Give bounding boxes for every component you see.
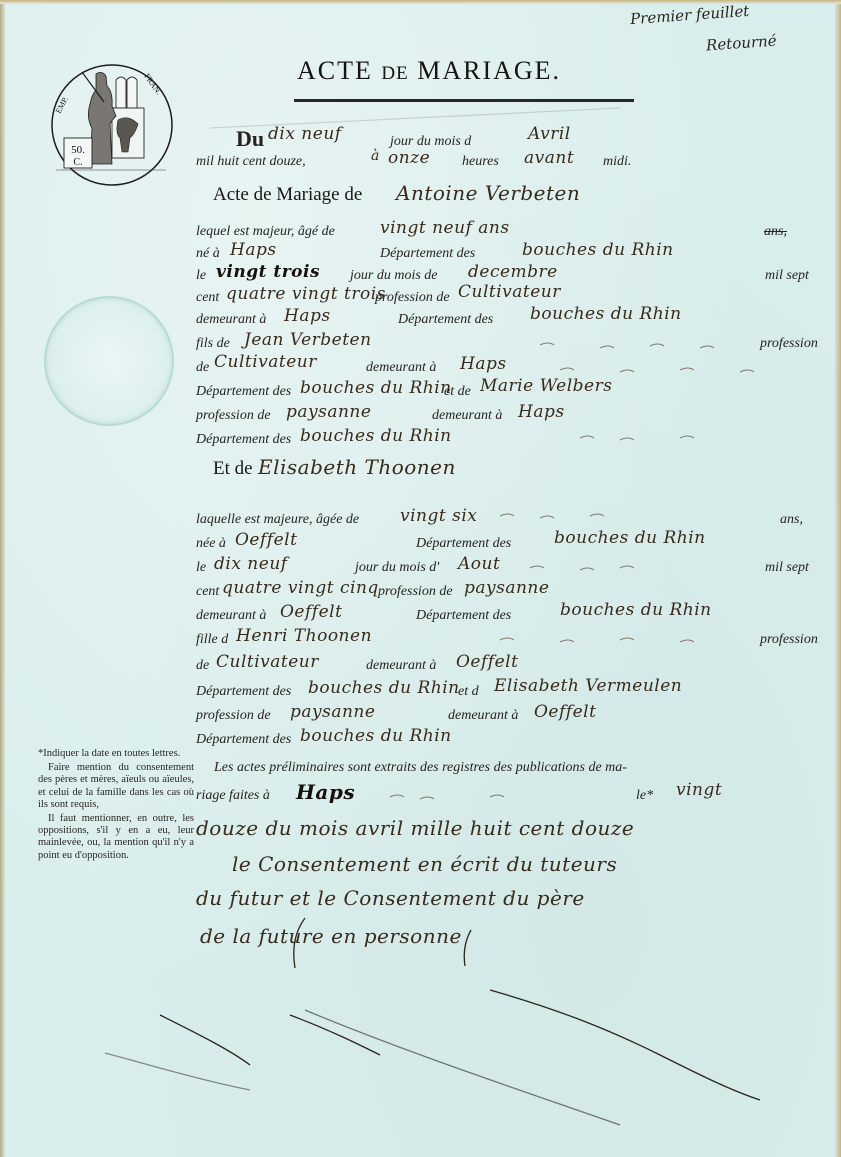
publication-date-part2: douze du mois avril mille huit cent douz… [196,816,634,840]
consent-line2: du futur et le Consentement du père [196,886,585,910]
date-line-1: Du [236,126,264,152]
page-title: ACTE DE MARIAGE. [297,56,561,86]
consent-line3: de la future en personne [200,924,462,948]
groom-birthplace-label: né à [196,246,220,262]
bride-birthplace-label: née à [196,536,226,552]
groom-residence: Haps [284,306,331,326]
groom-dept-label: Département des [380,246,475,262]
label-de: de [196,658,209,674]
groom-name: Antoine Verbeten [396,181,580,205]
ampm-value: avant [524,148,574,168]
label-jour-du-mois-de: jour du mois de [350,268,438,284]
groom-birth-year: quatre vingt trois [226,284,386,304]
bride-age-label: laquelle est majeure, âgée de [196,512,359,528]
a-value: à [371,148,380,164]
groom-mother: Marie Welbers [480,376,612,396]
label-demeurant: demeurant à [366,658,436,674]
margin-instructions: *Indiquer la date en toutes lettres. Fai… [38,748,194,864]
groom-ans-label: ans, [764,224,787,240]
bride-residence: Oeffelt [280,602,342,622]
label-mil-sept: mil sept [765,560,809,576]
label-demeurant: demeurant à [196,608,266,624]
margin-note-consent: Faire mention du consentement des pères … [38,762,194,811]
label-cent: cent [196,584,219,600]
label-fils-de: fils de [196,336,230,352]
label-profession-de: profession de [196,408,271,424]
groom-father-profession: Cultivateur [214,352,317,372]
label-profession-de: profession de [196,708,271,724]
groom-mother-profession: paysanne [286,402,371,422]
year-text: mil huit cent douze, [196,154,306,170]
publication-date-part1: vingt [676,780,722,800]
label-et-de: et de [444,384,471,400]
day-value: dix neuf [268,124,342,144]
revenue-stamp-icon: 50. C. EMP. FRAN. [46,62,178,188]
label-demeurant: demeurant à [366,360,436,376]
label-profession: profession [760,336,818,352]
groom-birth-month: decembre [468,262,558,282]
label-fille-d: fille d [196,632,228,648]
bride-father-residence: Oeffelt [456,652,518,672]
bride-mother-residence: Oeffelt [534,702,596,722]
label-heures: heures [462,154,499,170]
margin-note-date: *Indiquer la date en toutes lettres. [38,748,194,760]
annotation-top-right-1: Premier feuillet [630,2,750,28]
bride-mother: Elisabeth Vermeulen [494,676,682,696]
bride-birthplace: Oeffelt [235,530,297,550]
groom-age: vingt neuf ans [380,218,510,238]
label-et-d: et d [458,684,479,700]
bride-father: Henri Thoonen [236,626,372,646]
publications-text-line2: riage faites à [196,788,270,804]
bride-age: vingt six [400,506,477,526]
document-page: 50. C. EMP. FRAN. ACTE DE MARIAGE. Premi… [0,0,841,1157]
groom-birth-day: vingt trois [216,262,320,282]
bride-name: Elisabeth Thoonen [258,455,456,479]
bride-dept4-label: Département des [196,732,291,748]
groom-dept2-label: Département des [398,312,493,328]
label-demeurant: demeurant à [196,312,266,328]
bride-mother-profession: paysanne [290,702,375,722]
groom-father-residence: Haps [460,354,507,374]
embossed-seal-icon [44,296,174,426]
bride-profession: paysanne [464,578,549,598]
annotation-top-right-2: Retourné [705,32,777,55]
bride-dept3: bouches du Rhin [308,678,460,698]
label-profession-de: profession de [375,290,450,306]
paper-edge-right [835,0,841,1157]
groom-dept3: bouches du Rhin [300,378,452,398]
title-underline [294,99,634,102]
groom-dept: bouches du Rhin [522,240,674,260]
publications-text-line1: Les actes préliminaires sont extraits de… [214,760,627,776]
bride-father-profession: Cultivateur [216,652,319,672]
groom-age-label: lequel est majeur, âgé de [196,224,335,240]
groom-birthplace: Haps [230,240,277,260]
groom-dept3-label: Département des [196,384,291,400]
margin-note-oppositions: Il faut mentionner, en outre, les opposi… [38,813,194,862]
bride-dept4: bouches du Rhin [300,726,452,746]
label-cent: cent [196,290,219,306]
bride-birth-year: quatre vingt cinq [222,578,379,598]
label-demeurant: demeurant à [432,408,502,424]
groom-heading: Acte de Mariage de [213,184,362,206]
consent-line1: le Consentement en écrit du tuteurs [232,852,617,876]
label-profession: profession [760,632,818,648]
label-profession-de: profession de [378,584,453,600]
svg-text:C.: C. [73,157,82,168]
bride-dept: bouches du Rhin [554,528,706,548]
bride-dept2: bouches du Rhin [560,600,712,620]
groom-profession: Cultivateur [458,282,561,302]
bride-ans-label: ans, [780,512,803,528]
bride-dept-label: Département des [416,536,511,552]
bride-dept2-label: Département des [416,608,511,624]
label-le: le* [636,788,653,804]
label-mil-sept: mil sept [765,268,809,284]
label-midi: midi. [603,154,631,170]
paper-edge-left [0,0,5,1157]
bride-birth-day: dix neuf [214,554,288,574]
publication-place: Haps [296,780,355,804]
label-jour-du-mois: jour du mois d' [355,560,439,576]
bride-heading: Et de [213,458,253,480]
label-demeurant: demeurant à [448,708,518,724]
month-value: Avril [528,124,571,144]
groom-dept4: bouches du Rhin [300,426,452,446]
hour-value: onze [388,148,430,168]
bride-birth-month: Aout [458,554,500,574]
svg-text:50.: 50. [71,144,85,156]
groom-mother-residence: Haps [518,402,565,422]
label-de: de [196,360,209,376]
groom-dept4-label: Département des [196,432,291,448]
bride-dept3-label: Département des [196,684,291,700]
bride-birthdate-label: le [196,560,206,576]
groom-dept2: bouches du Rhin [530,304,682,324]
groom-birthdate-label: le [196,268,206,284]
groom-father: Jean Verbeten [244,330,372,350]
